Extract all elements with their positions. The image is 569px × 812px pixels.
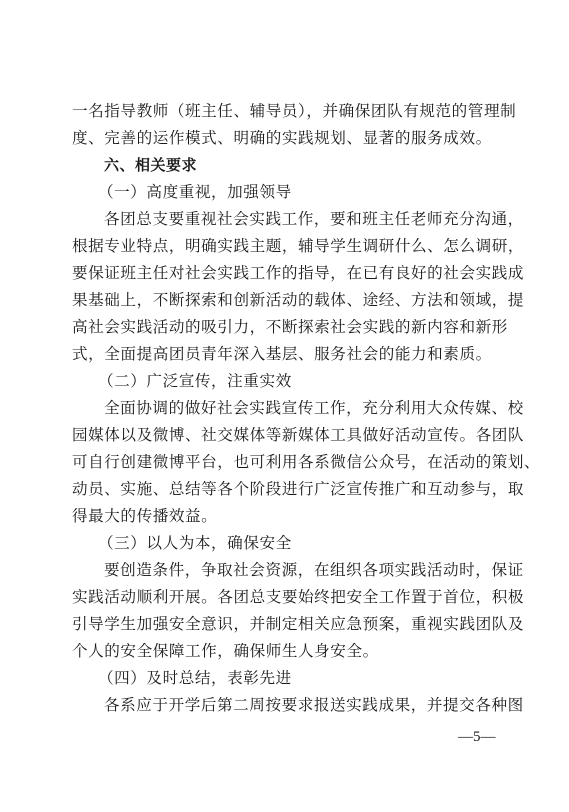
paragraph-line: 要创造条件，争取社会资源，在组织各项实践活动时，保证 — [72, 557, 500, 584]
paragraph-line: 实践活动顺利开展。各团总支要始终把安全工作置于首位，积极 — [72, 584, 500, 611]
subsection-heading: （二）广泛宣传，注重实效 — [72, 368, 500, 395]
page-number: —5— — [458, 729, 496, 746]
paragraph-line: 果基础上，不断探索和创新活动的载体、途经、方法和领域，提 — [72, 287, 500, 314]
paragraph-line: 园媒体以及微博、社交媒体等新媒体工具做好活动宣传。各团队 — [72, 422, 500, 449]
paragraph-line: 高社会实践活动的吸引力，不断探索社会实践的新内容和新形 — [72, 314, 500, 341]
paragraph-line: 一名指导教师（班主任、辅导员），并确保团队有规范的管理制 — [72, 98, 500, 125]
paragraph-line: 根据专业特点，明确实践主题，辅导学生调研什么、怎么调研， — [72, 233, 500, 260]
subsection-heading: （四）及时总结，表彰先进 — [72, 665, 500, 692]
paragraph-line: 得最大的传播效益。 — [72, 503, 500, 530]
paragraph-line: 各系应于开学后第二周按要求报送实践成果，并提交各种图 — [72, 692, 500, 719]
paragraph-line: 要保证班主任对社会实践工作的指导，在已有良好的社会实践成 — [72, 260, 500, 287]
paragraph-line: 式，全面提高团员青年深入基层、服务社会的能力和素质。 — [72, 341, 500, 368]
paragraph-line: 全面协调的做好社会实践宣传工作，充分利用大众传媒、校 — [72, 395, 500, 422]
document-page: 一名指导教师（班主任、辅导员），并确保团队有规范的管理制 度、完善的运作模式、明… — [72, 98, 500, 719]
paragraph-line: 度、完善的运作模式、明确的实践规划、显著的服务成效。 — [72, 125, 500, 152]
paragraph-line: 动员、实施、总结等各个阶段进行广泛宣传推广和互动参与，取 — [72, 476, 500, 503]
section-heading: 六、相关要求 — [72, 152, 500, 179]
subsection-heading: （三）以人为本，确保安全 — [72, 530, 500, 557]
paragraph-line: 引导学生加强安全意识，并制定相关应急预案，重视实践团队及 — [72, 611, 500, 638]
paragraph-line: 可自行创建微博平台，也可利用各系微信公众号，在活动的策划、 — [72, 449, 500, 476]
subsection-heading: （一）高度重视，加强领导 — [72, 179, 500, 206]
paragraph-line: 个人的安全保障工作，确保师生人身安全。 — [72, 638, 500, 665]
paragraph-line: 各团总支要重视社会实践工作，要和班主任老师充分沟通， — [72, 206, 500, 233]
